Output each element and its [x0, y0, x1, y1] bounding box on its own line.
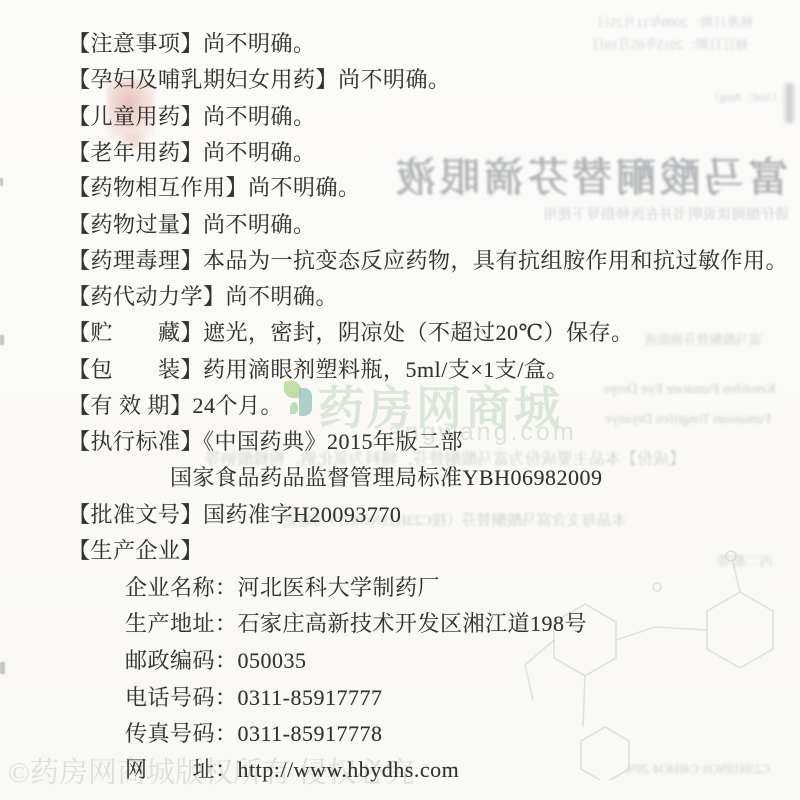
line-standard: 【执行标准】《中国药典》2015年版二部 — [68, 425, 463, 456]
bleedthrough-english-name: Ketotifen Fumarate Eye Drops — [582, 382, 797, 398]
line-precautions: 【注意事项】尚不明确。 — [68, 27, 316, 58]
line-standard-continued: 国家食品药品监督管理局标准YBH06982009 — [170, 461, 602, 492]
bleedthrough-product-title: 富马酸酮替芬滴眼液 — [385, 146, 795, 203]
line-pregnancy-use: 【孕妇及哺乳期妇女用药】尚不明确。 — [68, 63, 451, 94]
line-packaging: 【包 装】药用滴眼剂塑料瓶，5ml/支×1支/盒。 — [68, 353, 569, 384]
bleedthrough-date-line-1: 核准日期：2009年11月25日 — [555, 12, 795, 31]
line-company-name: 企业名称：河北医科大学制药厂 — [125, 571, 440, 602]
line-address: 生产地址：石家庄高新技术开发区湘江道198号 — [125, 607, 587, 638]
bleedthrough-pinyin-name: Fumasuan Tongtifen Diyanye — [578, 412, 798, 428]
line-website: 网 址：http://www.hbydhs.com — [125, 753, 459, 784]
chemical-structure-sketch — [505, 545, 800, 780]
scan-speck — [0, 335, 4, 345]
line-pharmacokinetics: 【药代动力学】尚不明确。 — [68, 280, 338, 311]
watermark-logo-icon — [284, 378, 316, 418]
scanned-drug-leaflet: { "doc": { "lines": [ {"text": "【注意事项】尚不… — [0, 0, 800, 800]
line-overdose: 【药物过量】尚不明确。 — [68, 208, 316, 239]
line-approval-number: 【批准文号】国药准字H20093770 — [68, 498, 401, 529]
line-shelf-life: 【有 效 期】24个月。 — [68, 389, 283, 420]
bleedthrough-name-fragment: 富马酸酮替芬滴眼液 — [608, 329, 798, 348]
bleedthrough-spec-fragment: （5ml：8mg） — [698, 88, 793, 105]
scan-speck — [0, 662, 5, 674]
line-drug-interactions: 【药物相互作用】尚不明确。 — [68, 171, 361, 202]
scan-speck — [0, 178, 3, 186]
line-phone-number: 电话号码：0311-85917777 — [125, 681, 383, 712]
line-geriatric-use: 【老年用药】尚不明确。 — [68, 136, 316, 167]
line-storage: 【贮 藏】遮光，密封，阴凉处（不超过20℃）保存。 — [68, 316, 634, 347]
line-pharmacology-toxicology: 【药理毒理】本品为一抗变态反应药物，具有抗组胺作用和抗过敏作用。 — [68, 244, 788, 275]
scan-edge-mark — [785, 83, 794, 123]
line-manufacturer-header: 【生产企业】 — [68, 534, 203, 565]
line-pediatric-use: 【儿童用药】尚不明确。 — [68, 100, 316, 131]
bleedthrough-date-line-2: 修订日期：2015年05月10日 — [545, 34, 795, 53]
line-fax-number: 传真号码：0311-85917778 — [125, 717, 383, 748]
line-postal-code: 邮政编码：050035 — [125, 644, 307, 675]
bleedthrough-subtitle: 请仔细阅读说明书并在医师指导下使用 — [535, 204, 797, 224]
